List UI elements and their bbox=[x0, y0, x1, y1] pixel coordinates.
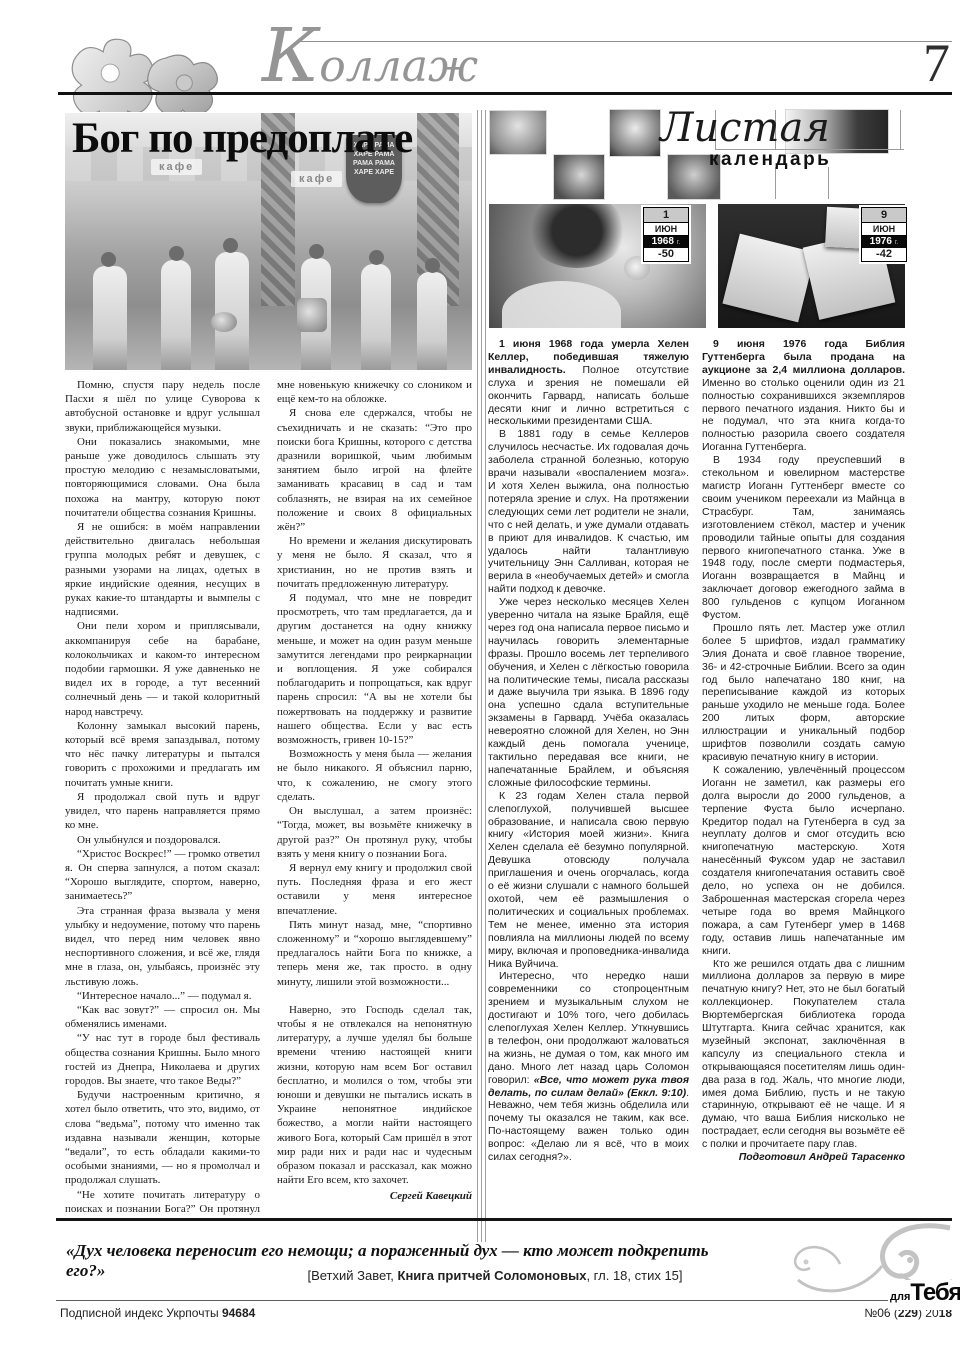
accordion-shape bbox=[297, 298, 327, 332]
cafe-sign: кафе bbox=[291, 171, 342, 187]
paragraph: Колонну замыкал высокий парень, который … bbox=[65, 719, 260, 790]
source-suffix: , гл. 18, стих 15] bbox=[586, 1268, 682, 1283]
gutenberg-lead-bold: 9 июня 1976 года Библия Гуттенберга была… bbox=[702, 338, 905, 376]
newspaper-logo: дляТебя bbox=[888, 1280, 960, 1310]
paragraph: Эта странная фраза вызвала у меня улыбку… bbox=[65, 904, 260, 989]
portrait-photo bbox=[490, 111, 546, 154]
date-diff: -50 bbox=[644, 248, 688, 261]
paragraph: Будучи настроенным критично, я хотел был… bbox=[65, 1088, 260, 1187]
paragraph: Я вернул ему книгу и продолжил свой путь… bbox=[277, 861, 472, 918]
photo-detail bbox=[528, 204, 626, 268]
calendar-script-title: Листая bbox=[660, 105, 830, 151]
date-month: ИЮН bbox=[862, 223, 906, 236]
event-photos-row: 1 ИЮН 1968 г. -50 9 ИЮН 1976 г. -42 bbox=[488, 202, 905, 330]
paragraph: Кто же решился отдать два с лишним милли… bbox=[702, 958, 905, 1152]
page-number: 7 bbox=[905, 36, 950, 90]
paragraph: Я подумал, что мне не повредит просмотре… bbox=[277, 591, 472, 747]
header-thick-rule bbox=[58, 92, 952, 95]
date-box-june-1: 1 ИЮН 1968 г. -50 bbox=[643, 207, 689, 262]
bust-photo bbox=[554, 155, 604, 199]
keller-last-paragraph: Интересно, что нередко наши современники… bbox=[488, 970, 689, 1164]
date-year-suffix: г. bbox=[895, 239, 899, 246]
date-day: 1 bbox=[644, 208, 688, 223]
logo-small-text: для bbox=[890, 1291, 910, 1303]
paragraph: В 1934 году преуспевший в стекольном и ю… bbox=[702, 454, 905, 622]
person-figure bbox=[361, 264, 391, 370]
paragraph: “Как вас зовут?” — спросил он. Мы обменя… bbox=[65, 1003, 260, 1031]
paragraph: Они показались знакомыми, мне раньше уже… bbox=[65, 435, 260, 520]
footer-rule bbox=[56, 1300, 952, 1301]
person-figure bbox=[161, 260, 191, 370]
section-title-capital: К bbox=[262, 13, 319, 99]
calendar-subtitle: календарь bbox=[709, 149, 831, 171]
person-figure bbox=[93, 266, 127, 370]
puzzle-icon bbox=[58, 26, 238, 112]
section-divider bbox=[477, 110, 486, 1242]
gutenberg-lead-rest: Именно во столько оценили один из 21 пол… bbox=[702, 377, 905, 454]
date-box-june-9: 9 ИЮН 1976 г. -42 bbox=[861, 207, 907, 262]
paragraph: Я снова еле сдержался, чтобы не съехидни… bbox=[277, 406, 472, 534]
paragraph: К сожалению, увлечённый процессом Иоганн… bbox=[702, 764, 905, 958]
keller-story-column: 1 июня 1968 года умерла Хелен Келлер, по… bbox=[488, 338, 689, 1216]
article-author: Сергей Кавецкий bbox=[277, 1189, 472, 1203]
drum-shape bbox=[211, 312, 237, 332]
paragraph: К 23 годам Хелен стала первой слепоглухо… bbox=[488, 790, 689, 971]
subscription-number: 94684 bbox=[222, 1306, 255, 1320]
logo-big-text: Тебя bbox=[910, 1279, 960, 1306]
source-prefix: [Ветхий Завет, bbox=[307, 1268, 397, 1283]
subscription-label: Подписной индекс Укрпочты bbox=[60, 1306, 222, 1320]
montage-hairline bbox=[900, 110, 901, 150]
calendar-montage: Листая календарь bbox=[488, 103, 905, 202]
paragraph: “Интересное начало...” — подумал я. bbox=[65, 989, 260, 1003]
date-month: ИЮН bbox=[644, 223, 688, 236]
paragraph: Но времени и желания дискутировать у мен… bbox=[277, 534, 472, 591]
date-year-value: 1976 bbox=[870, 236, 892, 247]
date-diff: -42 bbox=[862, 248, 906, 261]
section-title: Коллаж bbox=[262, 26, 478, 97]
date-year-suffix: г. bbox=[677, 239, 681, 246]
article-headline: Бог по предоплате bbox=[72, 114, 412, 163]
person-figure bbox=[417, 272, 447, 370]
paragraph: В 1881 году в семье Келлеров случилось н… bbox=[488, 428, 689, 596]
section-title-rest: оллаж bbox=[319, 41, 478, 92]
paragraph: Он улыбнулся и поздоровался. bbox=[65, 833, 260, 847]
gutenberg-lead: 9 июня 1976 года Библия Гуттенберга была… bbox=[702, 338, 905, 454]
paragraph: “У нас тут в городе был фестиваль общест… bbox=[65, 1031, 260, 1088]
montage-hairline bbox=[775, 167, 776, 199]
paragraph: Уже через несколько месяцев Хелен уверен… bbox=[488, 596, 689, 790]
paragraph: Пять минут назад, мне, “спортивно сложен… bbox=[277, 918, 472, 989]
article-closing-paragraph: Наверно, это Господь сделал так, чтобы я… bbox=[277, 1003, 472, 1188]
paragraph: Помню, спустя пару недель после Пасхи я … bbox=[65, 378, 260, 435]
date-year-value: 1968 bbox=[652, 236, 674, 247]
calendar-author: Подготовил Андрей Тарасенко bbox=[702, 1151, 905, 1164]
paragraph: Они пели хором и приплясывали, аккомпани… bbox=[65, 619, 260, 718]
subscription-index: Подписной индекс Укрпочты 94684 bbox=[60, 1306, 255, 1320]
paragraph: ХАРЕ ХАРЕ bbox=[346, 168, 402, 177]
gutenberg-story-column: 9 июня 1976 года Библия Гуттенберга была… bbox=[702, 338, 905, 1216]
date-day: 9 bbox=[862, 208, 906, 223]
paragraph: Он выслушал, а затем произнёс: “Тогда, м… bbox=[277, 804, 472, 861]
paragraph: Возможность у меня была — желания не был… bbox=[277, 747, 472, 804]
montage-hairline bbox=[828, 167, 829, 199]
paragraph: Я продолжал свой путь и вдруг увидел, чт… bbox=[65, 790, 260, 833]
source-book: Книга притчей Соломоновых bbox=[398, 1268, 587, 1283]
paragraph: Прошло пять лет. Мастер уже отлил более … bbox=[702, 622, 905, 764]
keller-last-before: Интересно, что нередко наши современники… bbox=[488, 970, 689, 1085]
napoleon-photo bbox=[610, 110, 660, 156]
article-body: Помню, спустя пару недель после Пасхи я … bbox=[65, 378, 472, 1236]
paragraph: “Христос Воскрес!” — громко ответил я. О… bbox=[65, 847, 260, 904]
keller-lead: 1 июня 1968 года умерла Хелен Келлер, по… bbox=[488, 338, 689, 428]
date-year: 1968 г. bbox=[644, 236, 688, 248]
date-year: 1976 г. bbox=[862, 236, 906, 248]
scripture-source: [Ветхий Завет, Книга притчей Соломоновых… bbox=[60, 1268, 930, 1283]
paragraph: Я не ошибся: в моём направлении действит… bbox=[65, 520, 260, 619]
person-figure bbox=[215, 252, 249, 370]
photo-detail bbox=[502, 281, 621, 328]
newspaper-page: Коллаж 7 кафе кафе ХАРЕ РАМАХАРЕ РАМАРАМ… bbox=[0, 0, 960, 1358]
